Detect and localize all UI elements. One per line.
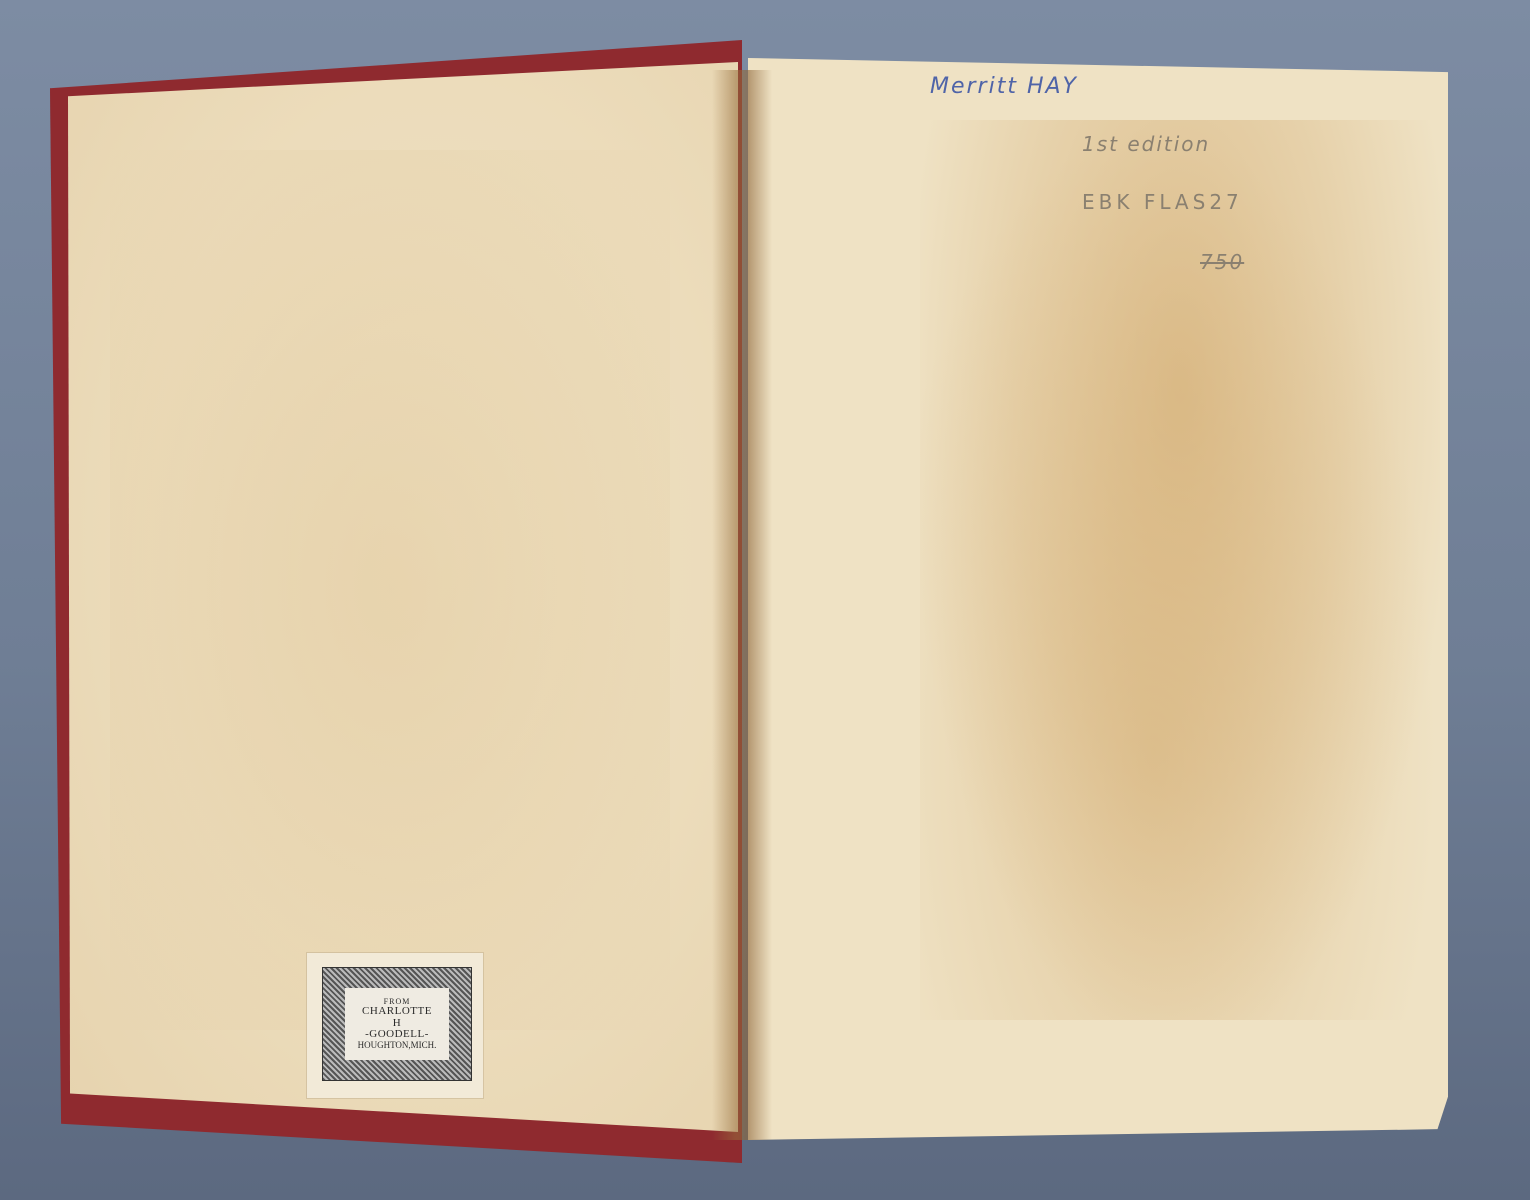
bookplate: FROM CHARLOTTE H -GOODELL- HOUGHTON,MICH… xyxy=(307,953,483,1098)
code-inscription: EBK FLAS27 xyxy=(1082,190,1243,214)
bookplate-line-name: CHARLOTTE xyxy=(362,1006,432,1018)
owner-name-inscription: Merritt HAY xyxy=(930,74,1078,99)
gutter-stain xyxy=(712,70,772,1140)
foxing-stain xyxy=(920,120,1440,1020)
pastedown-toning xyxy=(110,150,670,1030)
bookplate-line-place: HOUGHTON,MICH. xyxy=(358,1041,437,1050)
bookplate-ornamental-border: FROM CHARLOTTE H -GOODELL- HOUGHTON,MICH… xyxy=(322,967,472,1081)
bookplate-text-panel: FROM CHARLOTTE H -GOODELL- HOUGHTON,MICH… xyxy=(345,988,449,1060)
price-inscription: 750 xyxy=(1200,250,1244,274)
book-photo-scene: Merritt HAY 1st edition EBK FLAS27 750 F… xyxy=(0,0,1530,1200)
edition-note-inscription: 1st edition xyxy=(1082,132,1210,156)
